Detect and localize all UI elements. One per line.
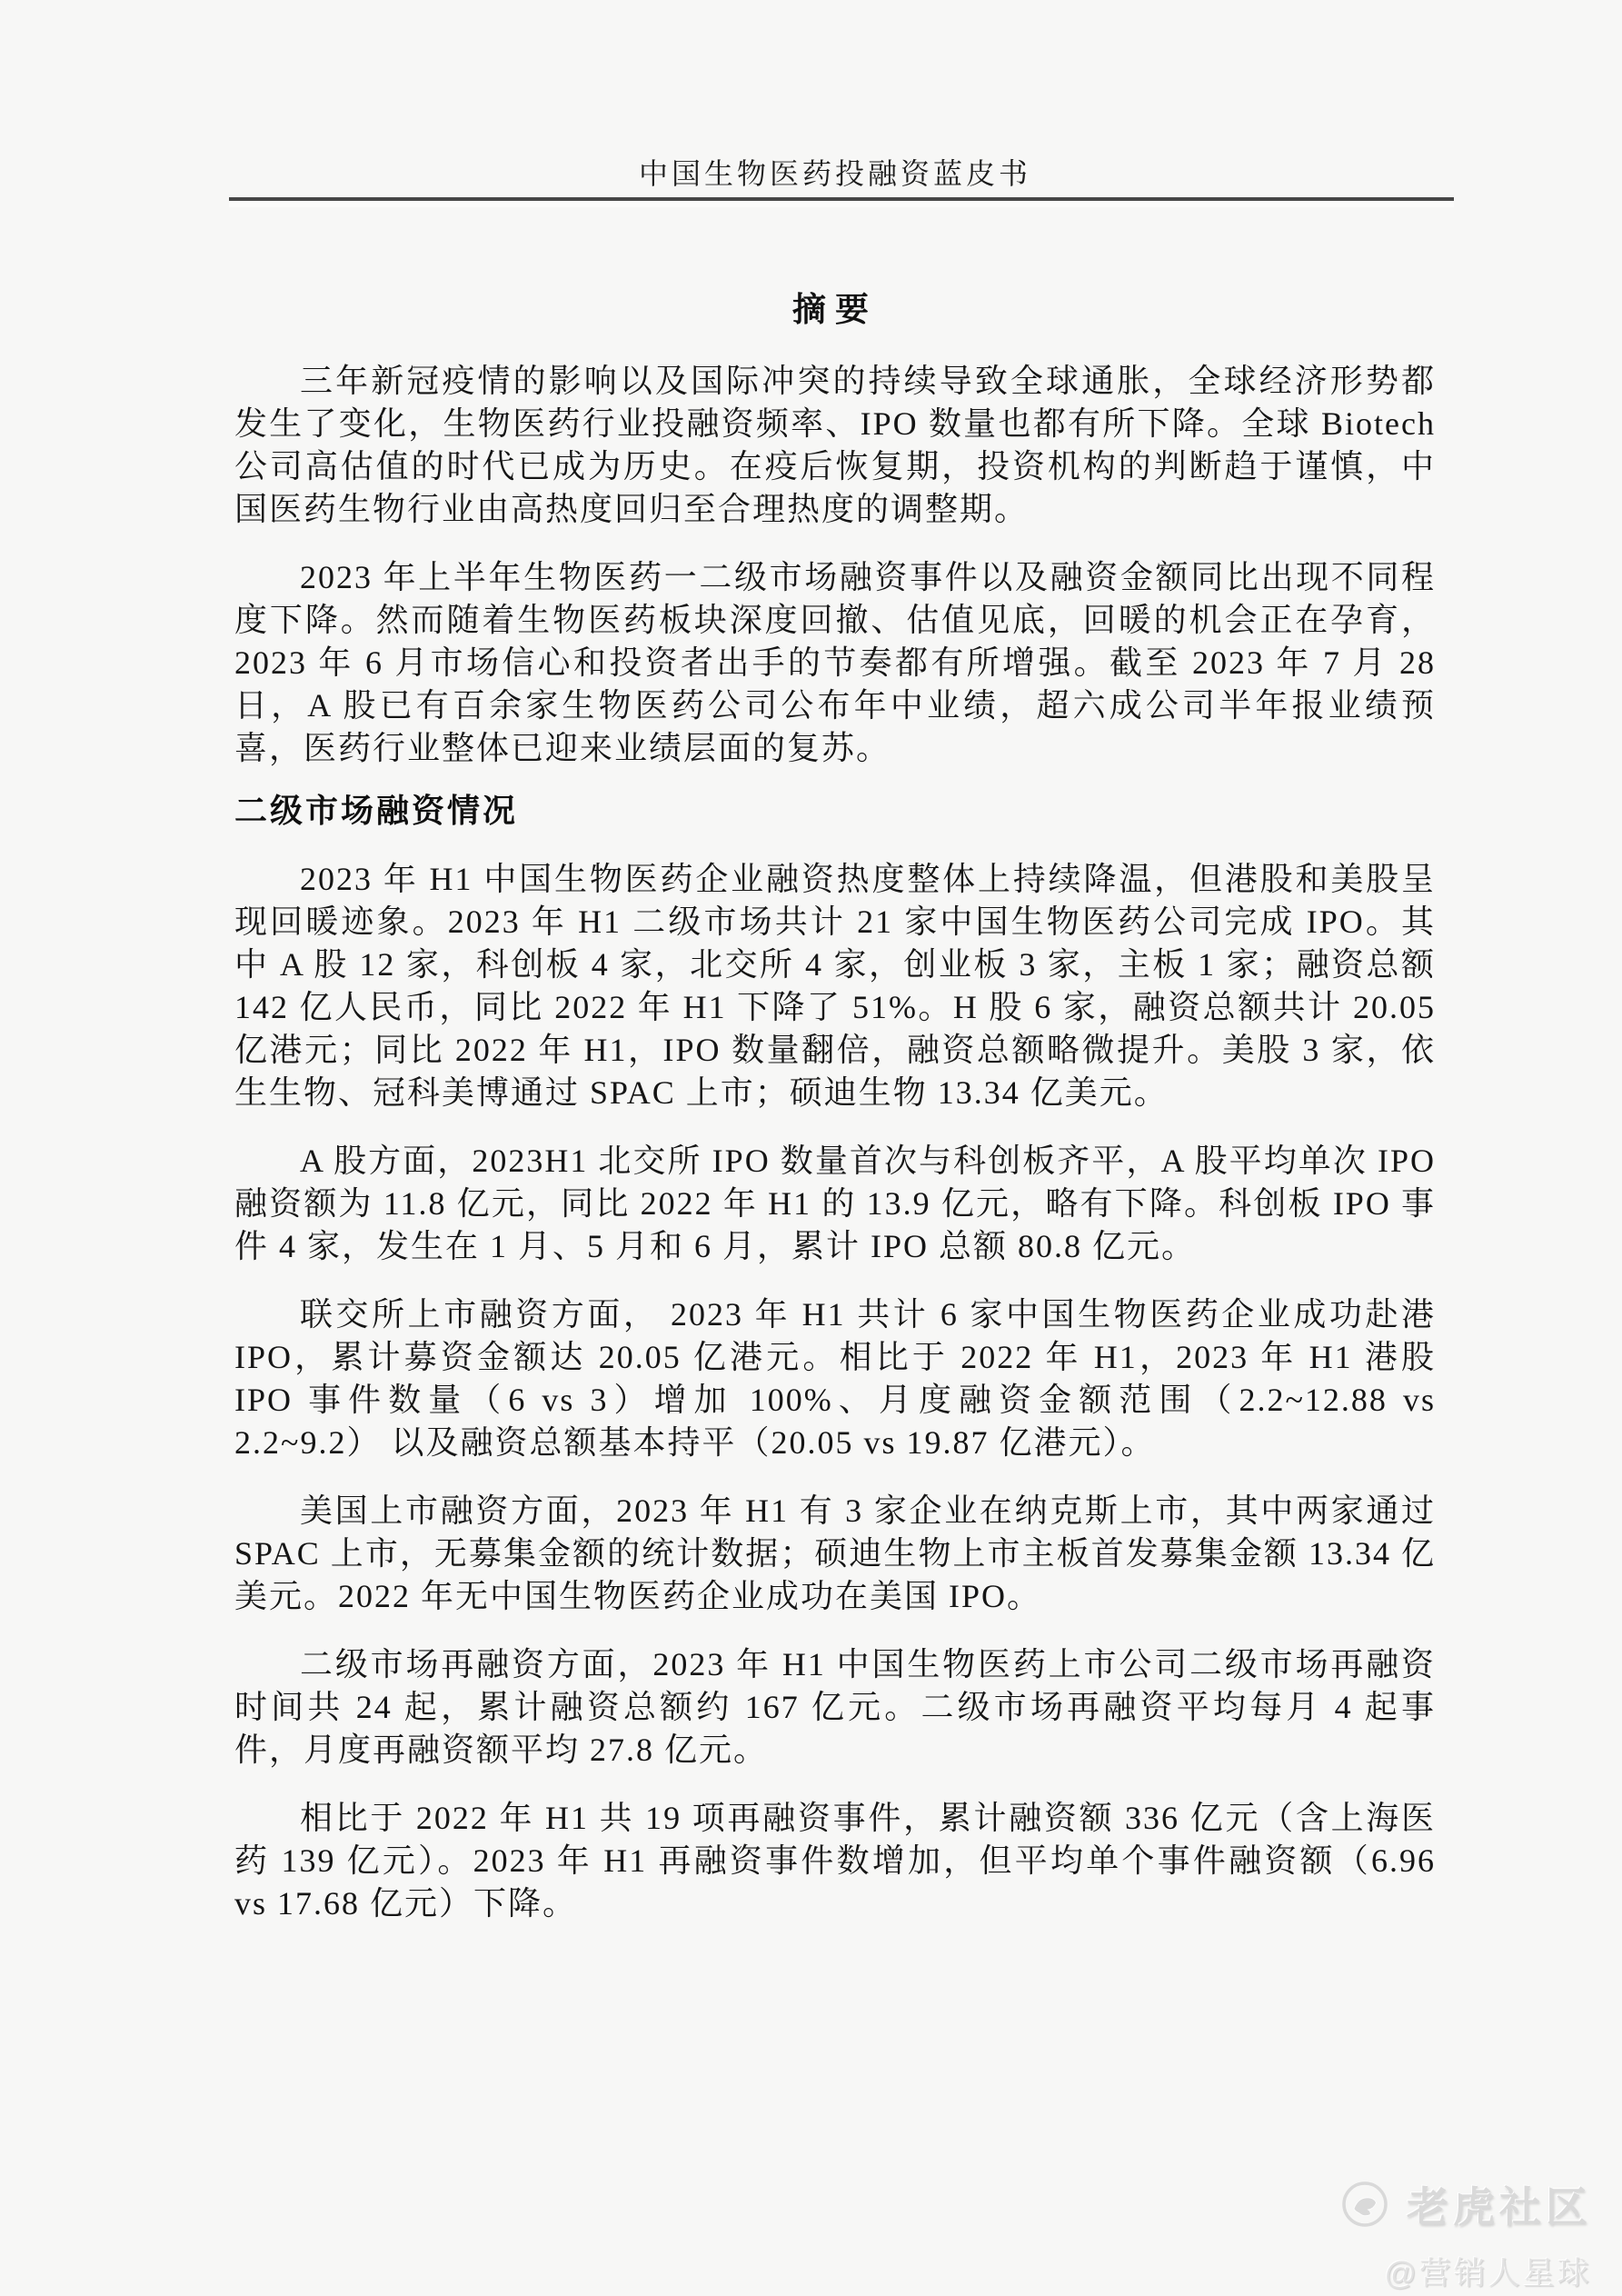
header-rule-glow	[229, 201, 1454, 207]
section-paragraph-3: 联交所上市融资方面， 2023 年 H1 共计 6 家中国生物医药企业成功赴港 …	[234, 1293, 1436, 1464]
watermark-handle-text: @营销人星球	[1341, 2249, 1592, 2294]
section-heading-secondary-market: 二级市场融资情况	[234, 790, 1436, 833]
intro-paragraph-1: 三年新冠疫情的影响以及国际冲突的持续导致全球通胀，全球经济形势都发生了变化，生物…	[234, 360, 1436, 531]
section-paragraph-6: 相比于 2022 年 H1 共 19 项再融资事件，累计融资额 336 亿元（含…	[234, 1797, 1436, 1925]
running-header: 中国生物医药投融资蓝皮书	[234, 0, 1436, 193]
section-paragraph-4: 美国上市融资方面，2023 年 H1 有 3 家企业在纳克斯上市，其中两家通过 …	[234, 1490, 1436, 1618]
tiger-icon	[1341, 2181, 1388, 2228]
watermark-brand-row: 老虎社区	[1341, 2174, 1592, 2234]
document-page: 中国生物医药投融资蓝皮书 摘要 三年新冠疫情的影响以及国际冲突的持续导致全球通胀…	[0, 0, 1622, 2296]
page-title: 摘要	[234, 289, 1436, 333]
page-content: 中国生物医药投融资蓝皮书 摘要 三年新冠疫情的影响以及国际冲突的持续导致全球通胀…	[234, 0, 1436, 1925]
watermark: 老虎社区 @营销人星球	[1341, 2174, 1592, 2294]
section-paragraph-5: 二级市场再融资方面，2023 年 H1 中国生物医药上市公司二级市场再融资时间共…	[234, 1643, 1436, 1772]
watermark-brand-text: 老虎社区	[1407, 2174, 1592, 2234]
section-paragraph-1: 2023 年 H1 中国生物医药企业融资热度整体上持续降温，但港股和美股呈现回暖…	[234, 858, 1436, 1114]
section-paragraph-2: A 股方面，2023H1 北交所 IPO 数量首次与科创板齐平，A 股平均单次 …	[234, 1140, 1436, 1268]
intro-paragraph-2: 2023 年上半年生物医药一二级市场融资事件以及融资金额同比出现不同程度下降。然…	[234, 556, 1436, 770]
